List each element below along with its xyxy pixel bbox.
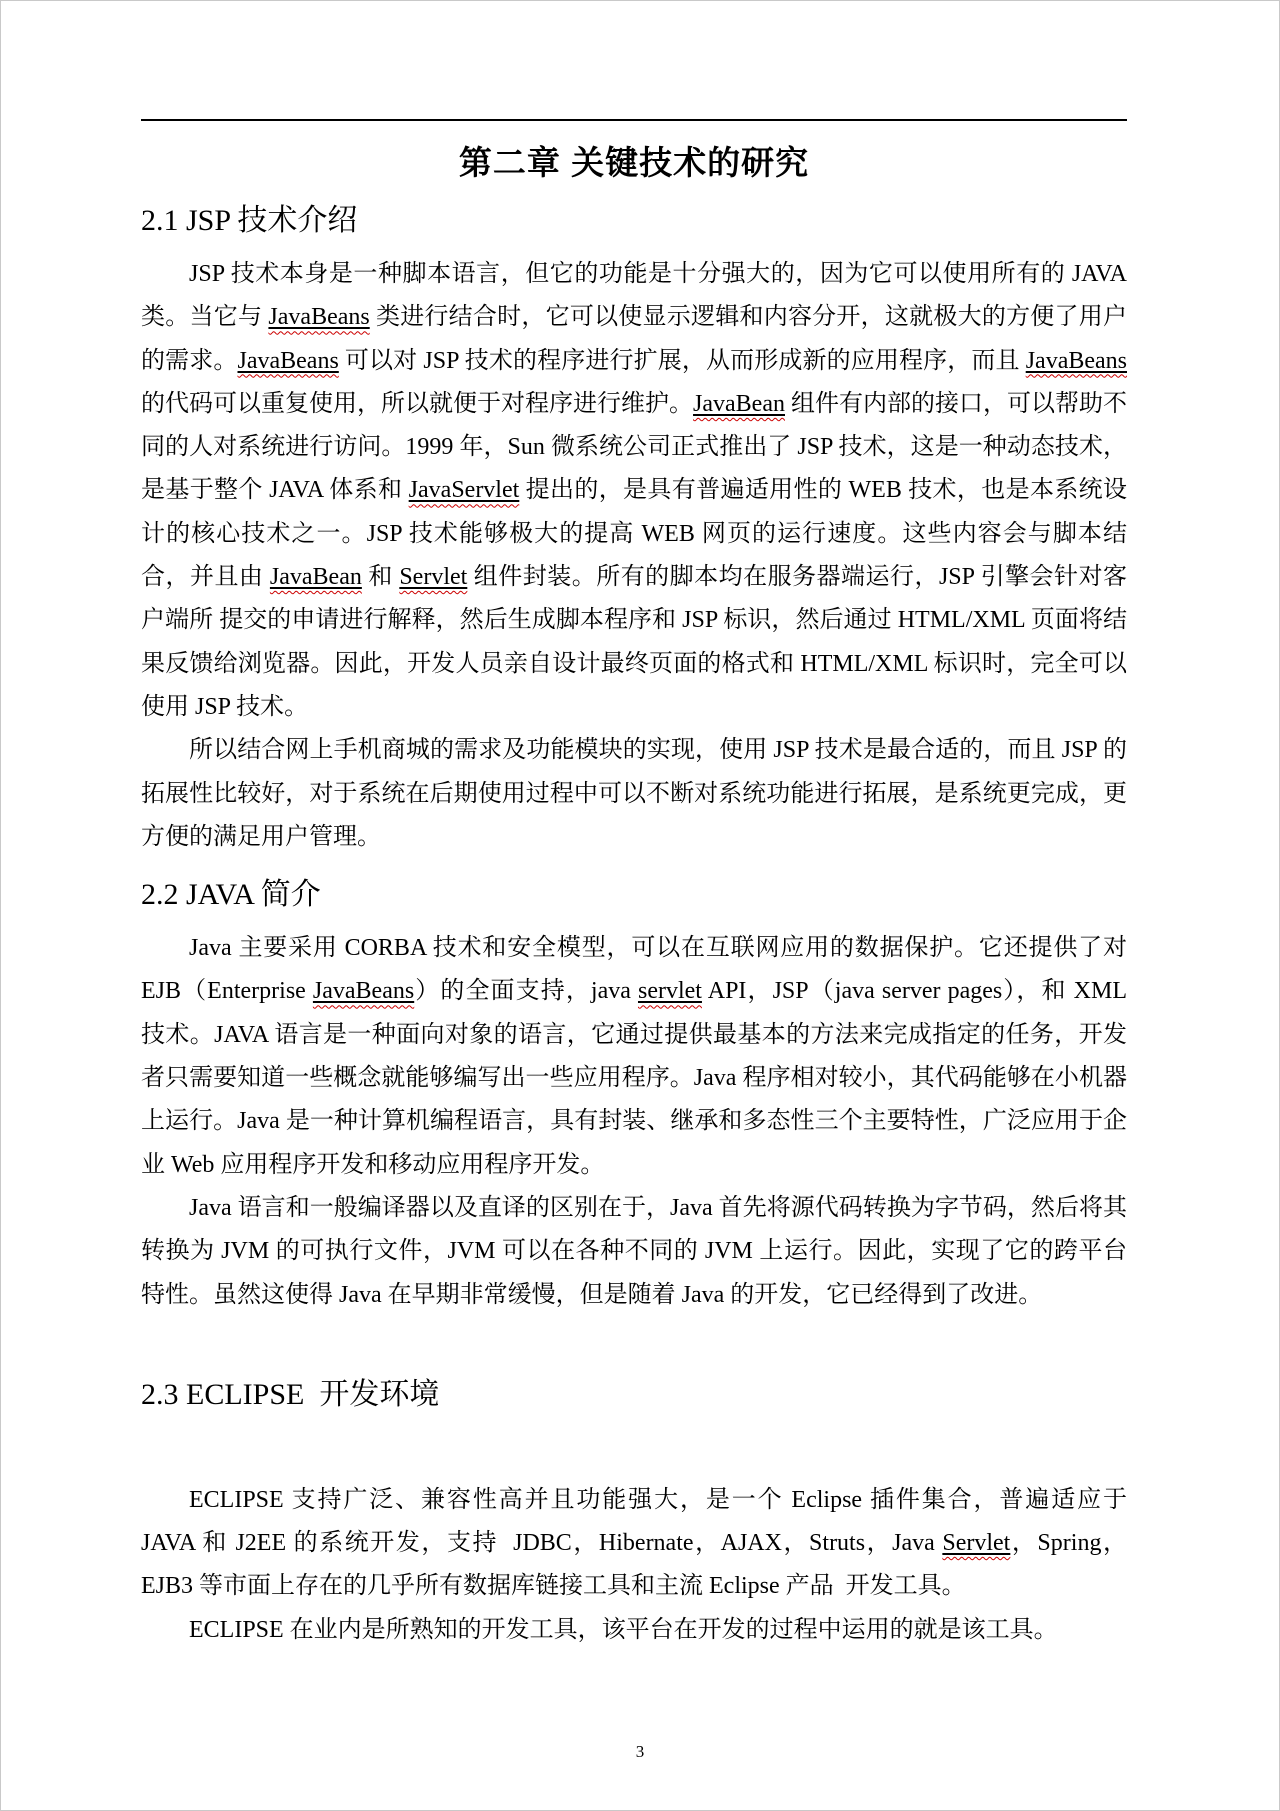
body-paragraph: JSP 技术本身是一种脚本语言，但它的功能是十分强大的，因为它可以使用所有的 J… (141, 253, 1127, 729)
page-number: 3 (1, 1742, 1279, 1762)
section-heading: 2.2 JAVA 简介 (141, 875, 1127, 915)
spellcheck-word: JavaBean (693, 391, 785, 417)
spellcheck-word: JavaBeans (1026, 348, 1127, 374)
spellcheck-word: servlet (638, 978, 702, 1004)
body-paragraph: Java 主要采用 CORBA 技术和安全模型，可以在互联网应用的数据保护。它还… (141, 927, 1127, 1187)
sections: 2.1 JSP 技术介绍JSP 技术本身是一种脚本语言，但它的功能是十分强大的，… (141, 201, 1127, 1652)
document-page: { "page": { "title": "第二章 关键技术的研究", "pag… (0, 0, 1280, 1811)
body-paragraph: ECLIPSE 支持广泛、兼容性高并且功能强大，是一个 Eclipse 插件集合… (141, 1479, 1127, 1609)
spellcheck-word: JavaBeans (268, 304, 369, 330)
spellcheck-word: Servlet (942, 1530, 1010, 1556)
body-paragraph: Java 语言和一般编译器以及直译的区别在于，Java 首先将源代码转换为字节码… (141, 1187, 1127, 1317)
spellcheck-word: Servlet (399, 564, 467, 590)
chapter-title: 第二章 关键技术的研究 (141, 141, 1127, 185)
spellcheck-word: JavaServlet (409, 477, 520, 503)
section-heading: 2.1 JSP 技术介绍 (141, 201, 1127, 241)
page-content: 第二章 关键技术的研究 2.1 JSP 技术介绍JSP 技术本身是一种脚本语言，… (1, 119, 1279, 1652)
header-rule (141, 119, 1127, 121)
section-heading: 2.3 ECLIPSE 开发环境 (141, 1375, 1127, 1415)
spellcheck-word: JavaBeans (313, 978, 414, 1004)
body-paragraph: 所以结合网上手机商城的需求及功能模块的实现，使用 JSP 技术是最合适的，而且 … (141, 729, 1127, 859)
spellcheck-word: JavaBean (270, 564, 362, 590)
spellcheck-word: JavaBeans (238, 348, 339, 374)
body-paragraph: ECLIPSE 在业内是所熟知的开发工具，该平台在开发的过程中运用的就是该工具。 (141, 1609, 1127, 1652)
